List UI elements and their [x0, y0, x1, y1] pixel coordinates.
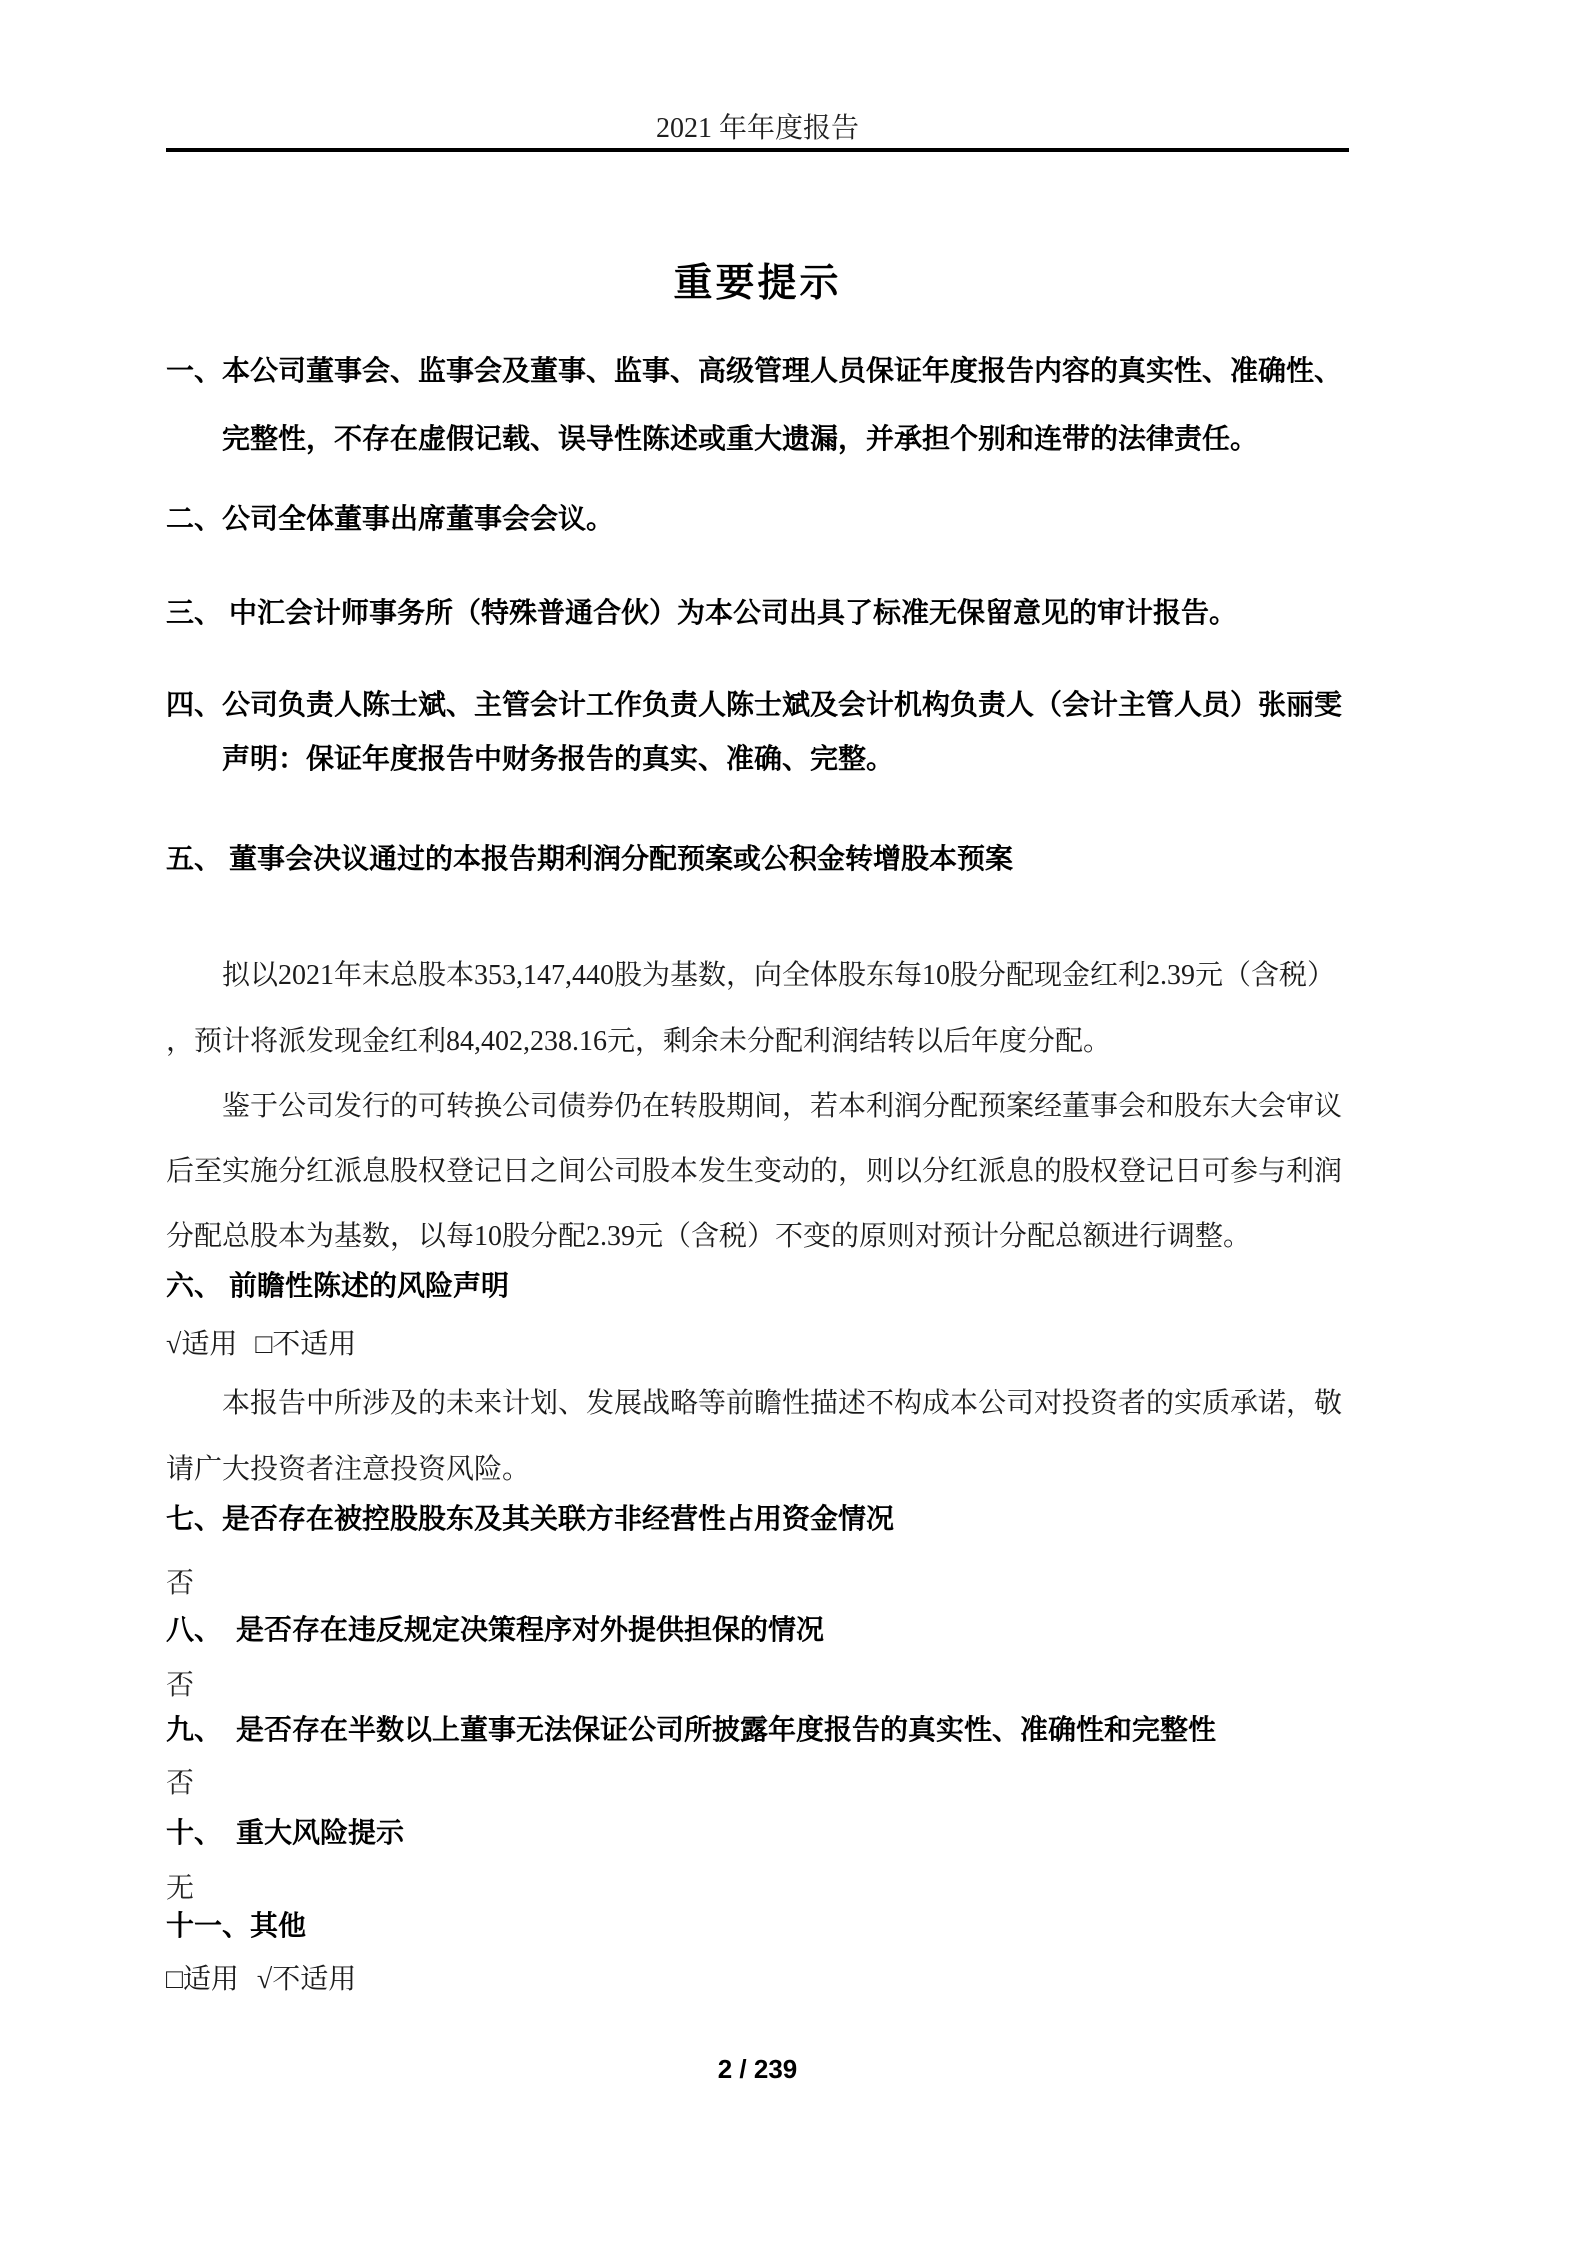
- section-9-heading: 九、 是否存在半数以上董事无法保证公司所披露年度报告的真实性、准确性和完整性: [166, 1713, 1216, 1749]
- page-header-title: 2021 年年度报告: [166, 112, 1349, 146]
- section-4-heading-line-2: 声明：保证年度报告中财务报告的真实、准确、完整。: [222, 742, 894, 778]
- section-5-heading: 五、 董事会决议通过的本报告期利润分配预案或公积金转增股本预案: [166, 842, 1013, 878]
- section-1-heading-line-2: 完整性，不存在虚假记载、误导性陈述或重大遗漏，并承担个别和连带的法律责任。: [222, 422, 1258, 458]
- section-4-heading-line-1: 四、公司负责人陈士斌、主管会计工作负责人陈士斌及会计机构负责人（会计主管人员）张…: [166, 688, 1342, 724]
- not-applicable-unchecked-option: □不适用: [255, 1329, 356, 1360]
- report-page: 2021 年年度报告 重要提示 一、本公司董事会、监事会及董事、监事、高级管理人…: [0, 0, 1587, 2245]
- section-6-para-line-1: 本报告中所涉及的未来计划、发展战略等前瞻性描述不构成本公司对投资者的实质承诺，敬: [222, 1386, 1342, 1422]
- section-6-para-line-2: 请广大投资者注意投资风险。: [166, 1452, 530, 1488]
- section-5-para-1-line-2: ，预计将派发现金红利84,402,238.16元，剩余未分配利润结转以后年度分配…: [166, 1024, 1111, 1060]
- not-applicable-checked-option: √不适用: [257, 1964, 356, 1995]
- section-7-heading: 七、是否存在被控股股东及其关联方非经营性占用资金情况: [166, 1502, 894, 1538]
- page-number: 2 / 239: [166, 2054, 1349, 2084]
- section-7-answer: 否: [166, 1566, 194, 1602]
- section-8-answer: 否: [166, 1668, 194, 1704]
- section-10-heading: 十、 重大风险提示: [166, 1816, 404, 1852]
- section-9-answer: 否: [166, 1766, 194, 1802]
- section-5-para-2-line-1: 鉴于公司发行的可转换公司债券仍在转股期间，若本利润分配预案经董事会和股东大会审议: [222, 1089, 1342, 1125]
- section-11-applicability: □适用√不适用: [166, 1962, 356, 1998]
- document-title: 重要提示: [166, 261, 1349, 307]
- section-6-heading: 六、 前瞻性陈述的风险声明: [166, 1269, 509, 1305]
- header-divider: [166, 148, 1349, 152]
- section-5-para-1-line-1: 拟以2021年末总股本353,147,440股为基数，向全体股东每10股分配现金…: [222, 958, 1335, 994]
- section-8-heading: 八、 是否存在违反规定决策程序对外提供担保的情况: [166, 1613, 824, 1649]
- section-2-heading: 二、公司全体董事出席董事会会议。: [166, 502, 614, 538]
- section-1-heading-line-1: 一、本公司董事会、监事会及董事、监事、高级管理人员保证年度报告内容的真实性、准确…: [166, 354, 1342, 390]
- section-6-applicability: √适用□不适用: [166, 1327, 356, 1363]
- section-10-answer: 无: [166, 1871, 194, 1907]
- section-11-heading: 十一、其他: [166, 1909, 306, 1945]
- section-3-heading: 三、 中汇会计师事务所（特殊普通合伙）为本公司出具了标准无保留意见的审计报告。: [166, 596, 1237, 632]
- section-5-para-2-line-3: 分配总股本为基数，以每10股分配2.39元（含税）不变的原则对预计分配总额进行调…: [166, 1219, 1251, 1255]
- applicable-unchecked-option: □适用: [166, 1964, 239, 1995]
- section-5-para-2-line-2: 后至实施分红派息股权登记日之间公司股本发生变动的，则以分红派息的股权登记日可参与…: [166, 1154, 1342, 1190]
- applicable-checked-option: √适用: [166, 1329, 237, 1360]
